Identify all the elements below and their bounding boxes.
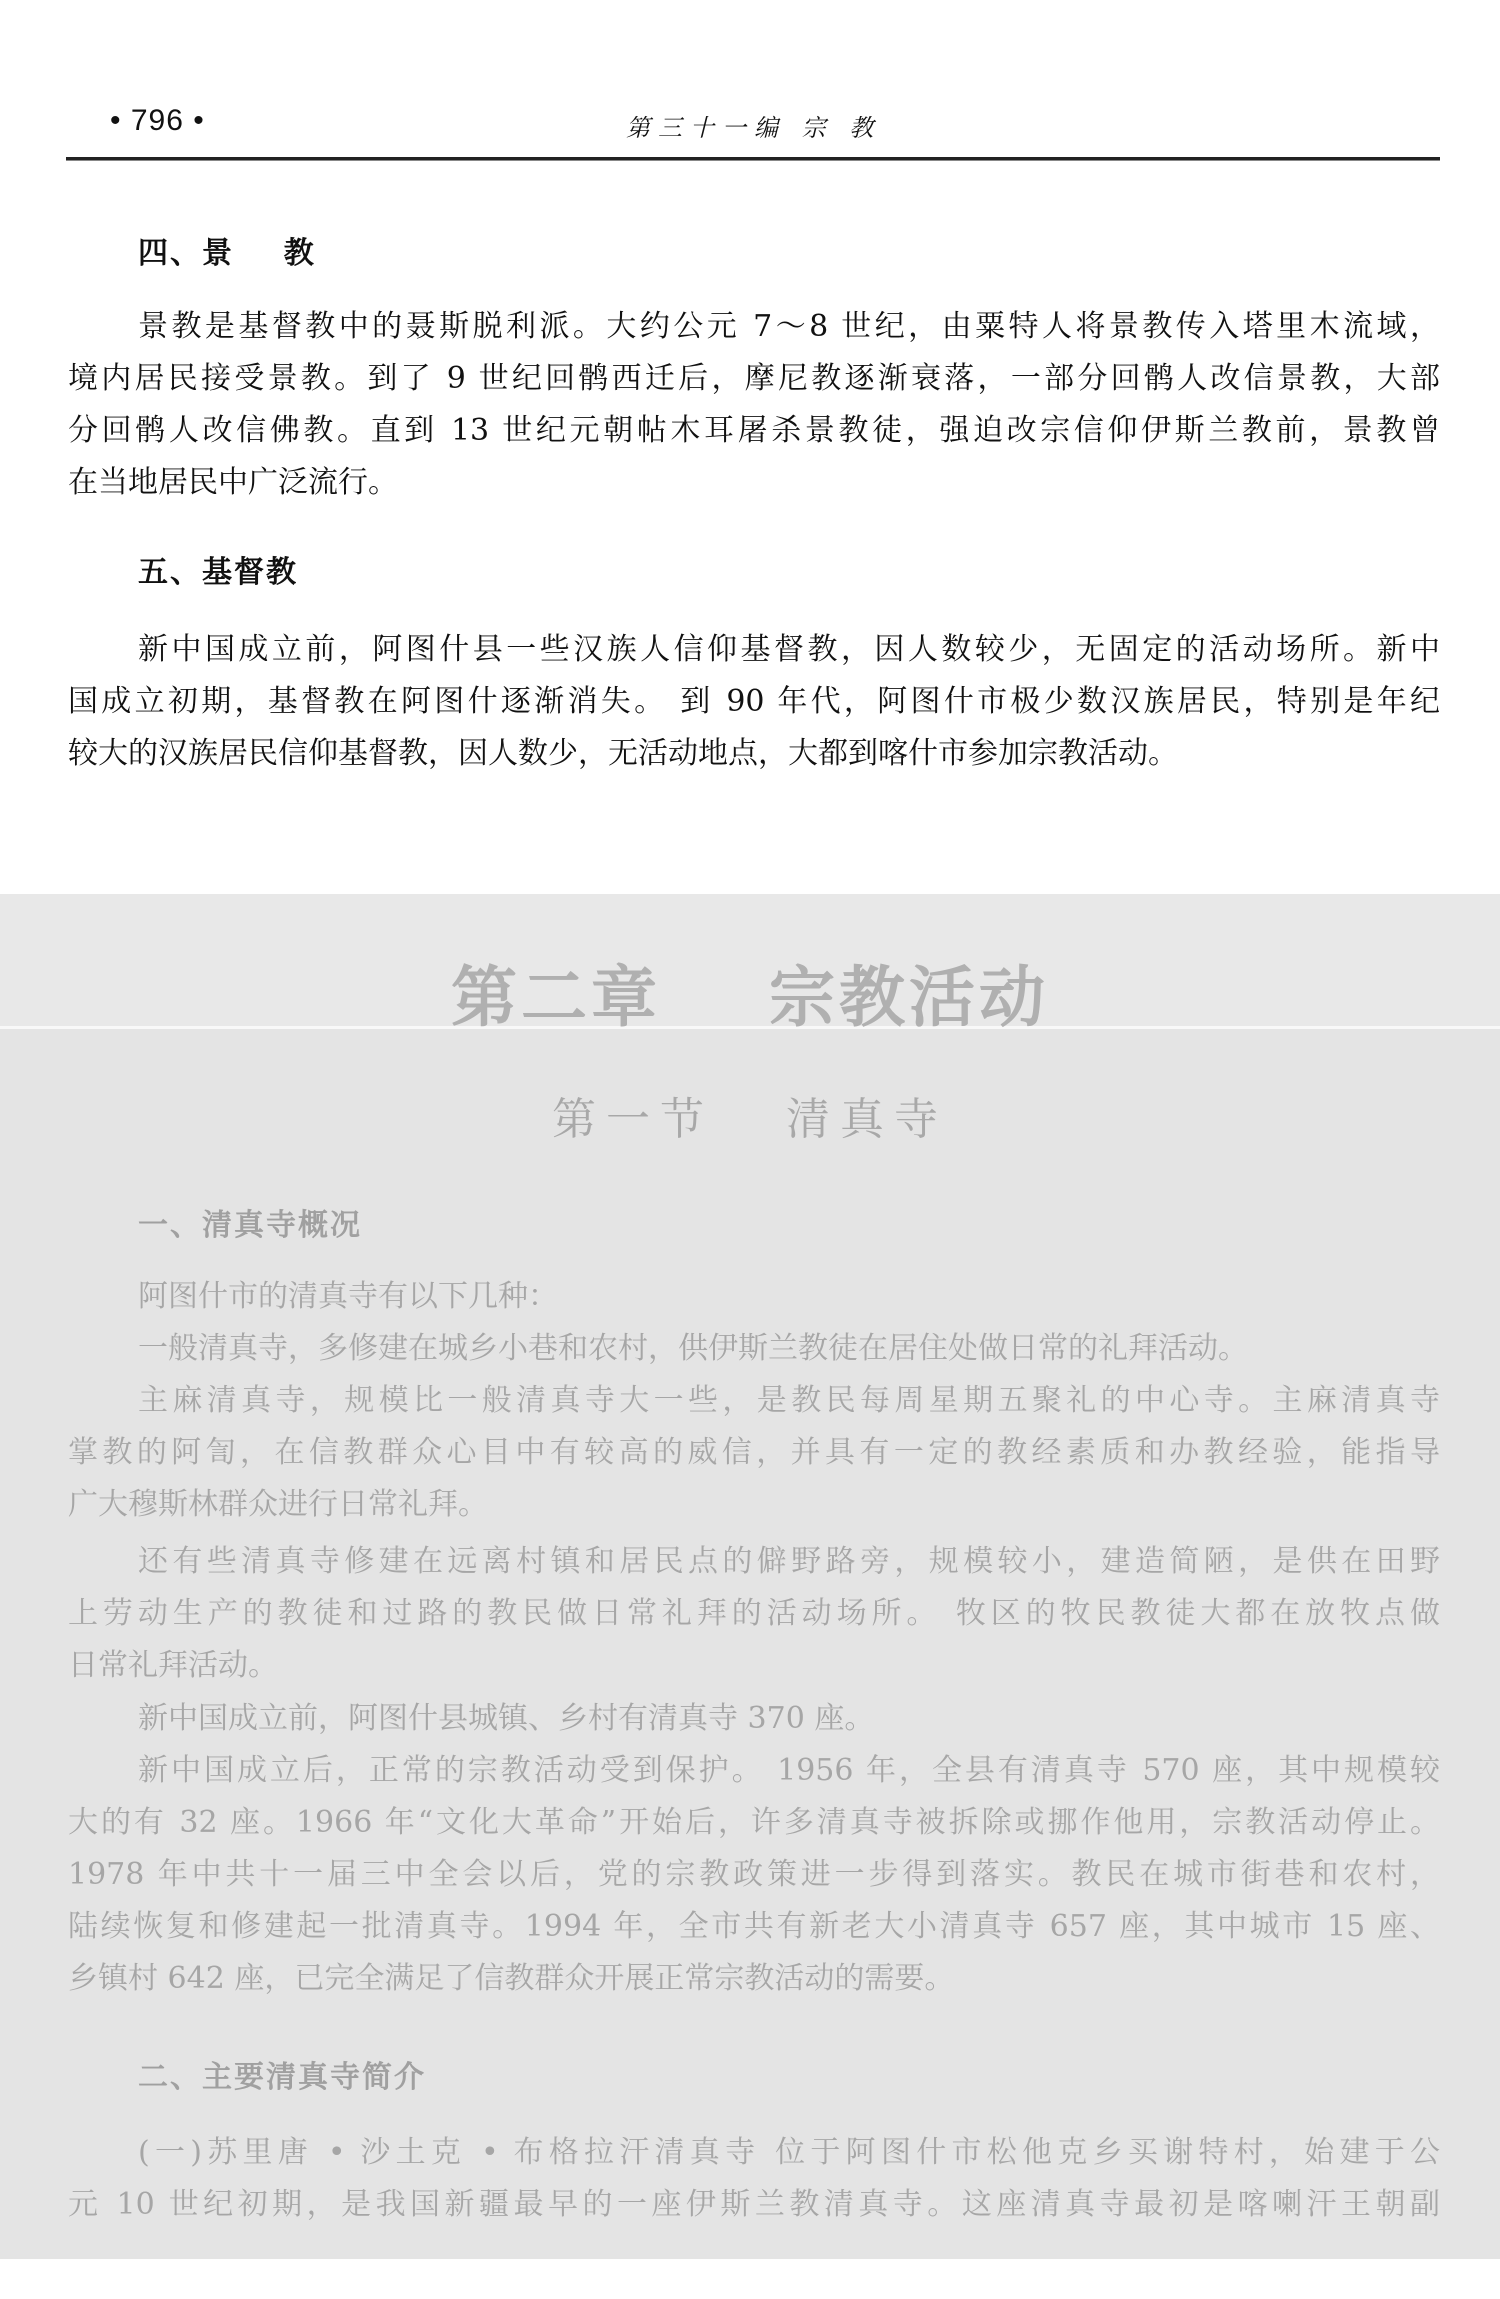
chapter-title: 第二章 宗教活动 <box>0 944 1500 1039</box>
text-line: 在当地居民中广泛流行。 <box>68 457 1440 509</box>
text-line: 1978 年中共十一届三中全会以后，党的宗教政策进一步得到落实。教民在城市街巷和… <box>68 1849 1440 1901</box>
paragraph-christianity: 新中国成立前，阿图什县一些汉族人信仰基督教，因人数较少，无固定的活动场所。新中 … <box>68 624 1440 780</box>
header-rule <box>66 157 1440 161</box>
text-line: 新中国成立前，阿图什县一些汉族人信仰基督教，因人数较少，无固定的活动场所。新中 <box>68 624 1440 676</box>
text-line: 新中国成立后，正常的宗教活动受到保护。 1956 年，全县有清真寺 570 座，… <box>68 1745 1440 1797</box>
paragraph-pre-1949-count: 新中国成立前，阿图什县城镇、乡村有清真寺 370 座。 <box>68 1693 1440 1745</box>
paragraph-sultan-satuq-bughra-khan-mosque: (一)苏里唐 • 沙土克 • 布格拉汗清真寺 位于阿图什市松他克乡买谢特村，始建… <box>68 2127 1440 2231</box>
running-head: • 796 • 第三十一编 宗 教 <box>66 104 1440 144</box>
heading-nestorianism: 四、景 教 <box>138 228 316 272</box>
text-line: 新中国成立前，阿图什县城镇、乡村有清真寺 370 座。 <box>68 1693 1440 1745</box>
text-line: 还有些清真寺修建在远离村镇和居民点的僻野路旁，规模较小，建造简陋，是供在田野 <box>68 1536 1440 1588</box>
heading-main-mosques: 二、主要清真寺简介 <box>138 2052 426 2096</box>
text-line: 元 10 世纪初期，是我国新疆最早的一座伊斯兰教清真寺。这座清真寺最初是喀喇汗王… <box>68 2179 1440 2231</box>
text-line: 广大穆斯林群众进行日常礼拜。 <box>68 1479 1440 1531</box>
text-line: 阿图什市的清真寺有以下几种： <box>68 1271 1440 1323</box>
paragraph-nestorianism: 景教是基督教中的聂斯脱利派。大约公元 7～8 世纪，由粟特人将景教传入塔里木流域… <box>68 301 1440 509</box>
text-line: (一)苏里唐 • 沙土克 • 布格拉汗清真寺 位于阿图什市松他克乡买谢特村，始建… <box>68 2127 1440 2179</box>
text-line: 大的有 32 座。1966 年“文化大革命”开始后，许多清真寺被拆除或挪作他用，… <box>68 1797 1440 1849</box>
paragraph-post-1949-history: 新中国成立后，正常的宗教活动受到保护。 1956 年，全县有清真寺 570 座，… <box>68 1745 1440 2005</box>
text-line: 上劳动生产的教徒和过路的教民做日常礼拜的活动场所。 牧区的牧民教徒大都在放牧点做 <box>68 1588 1440 1640</box>
paragraph-general-mosque: 一般清真寺，多修建在城乡小巷和农村，供伊斯兰教徒在居住处做日常的礼拜活动。 <box>68 1323 1440 1375</box>
text-line: 主麻清真寺，规模比一般清真寺大一些，是教民每周星期五聚礼的中心寺。主麻清真寺 <box>68 1375 1440 1427</box>
running-title: 第三十一编 宗 教 <box>626 108 881 143</box>
page-number: • 796 • <box>110 104 205 138</box>
bottom-margin <box>0 2259 1500 2299</box>
text-line: 国成立初期，基督教在阿图什逐渐消失。 到 90 年代，阿图什市极少数汉族居民，特… <box>68 676 1440 728</box>
text-line: 日常礼拜活动。 <box>68 1640 1440 1692</box>
paragraph-juma-mosque: 主麻清真寺，规模比一般清真寺大一些，是教民每周星期五聚礼的中心寺。主麻清真寺 掌… <box>68 1375 1440 1531</box>
heading-mosque-overview: 一、清真寺概况 <box>138 1200 362 1244</box>
text-line: 境内居民接受景教。到了 9 世纪回鹘西迁后，摩尼教逐渐衰落，一部分回鹘人改信景教… <box>68 353 1440 405</box>
text-line: 分回鹘人改信佛教。直到 13 世纪元朝帖木耳屠杀景教徒，强迫改宗信仰伊斯兰教前，… <box>68 405 1440 457</box>
text-line: 掌教的阿訇，在信教群众心目中有较高的威信，并具有一定的教经素质和办教经验，能指导 <box>68 1427 1440 1479</box>
text-line: 陆续恢复和修建起一批清真寺。1994 年，全市共有新老大小清真寺 657 座，其… <box>68 1901 1440 1953</box>
text-line: 景教是基督教中的聂斯脱利派。大约公元 7～8 世纪，由粟特人将景教传入塔里木流域… <box>68 301 1440 353</box>
paragraph-mosque-types-intro: 阿图什市的清真寺有以下几种： <box>68 1271 1440 1323</box>
text-line: 乡镇村 642 座，已完全满足了信教群众开展正常宗教活动的需要。 <box>68 1953 1440 2005</box>
paragraph-remote-mosques: 还有些清真寺修建在远离村镇和居民点的僻野路旁，规模较小，建造简陋，是供在田野 上… <box>68 1536 1440 1692</box>
heading-christianity: 五、基督教 <box>138 547 298 591</box>
text-line: 较大的汉族居民信仰基督教，因人数少，无活动地点，大都到喀什市参加宗教活动。 <box>68 728 1440 780</box>
text-line: 一般清真寺，多修建在城乡小巷和农村，供伊斯兰教徒在居住处做日常的礼拜活动。 <box>68 1323 1440 1375</box>
section-title: 第一节 清真寺 <box>0 1083 1500 1147</box>
